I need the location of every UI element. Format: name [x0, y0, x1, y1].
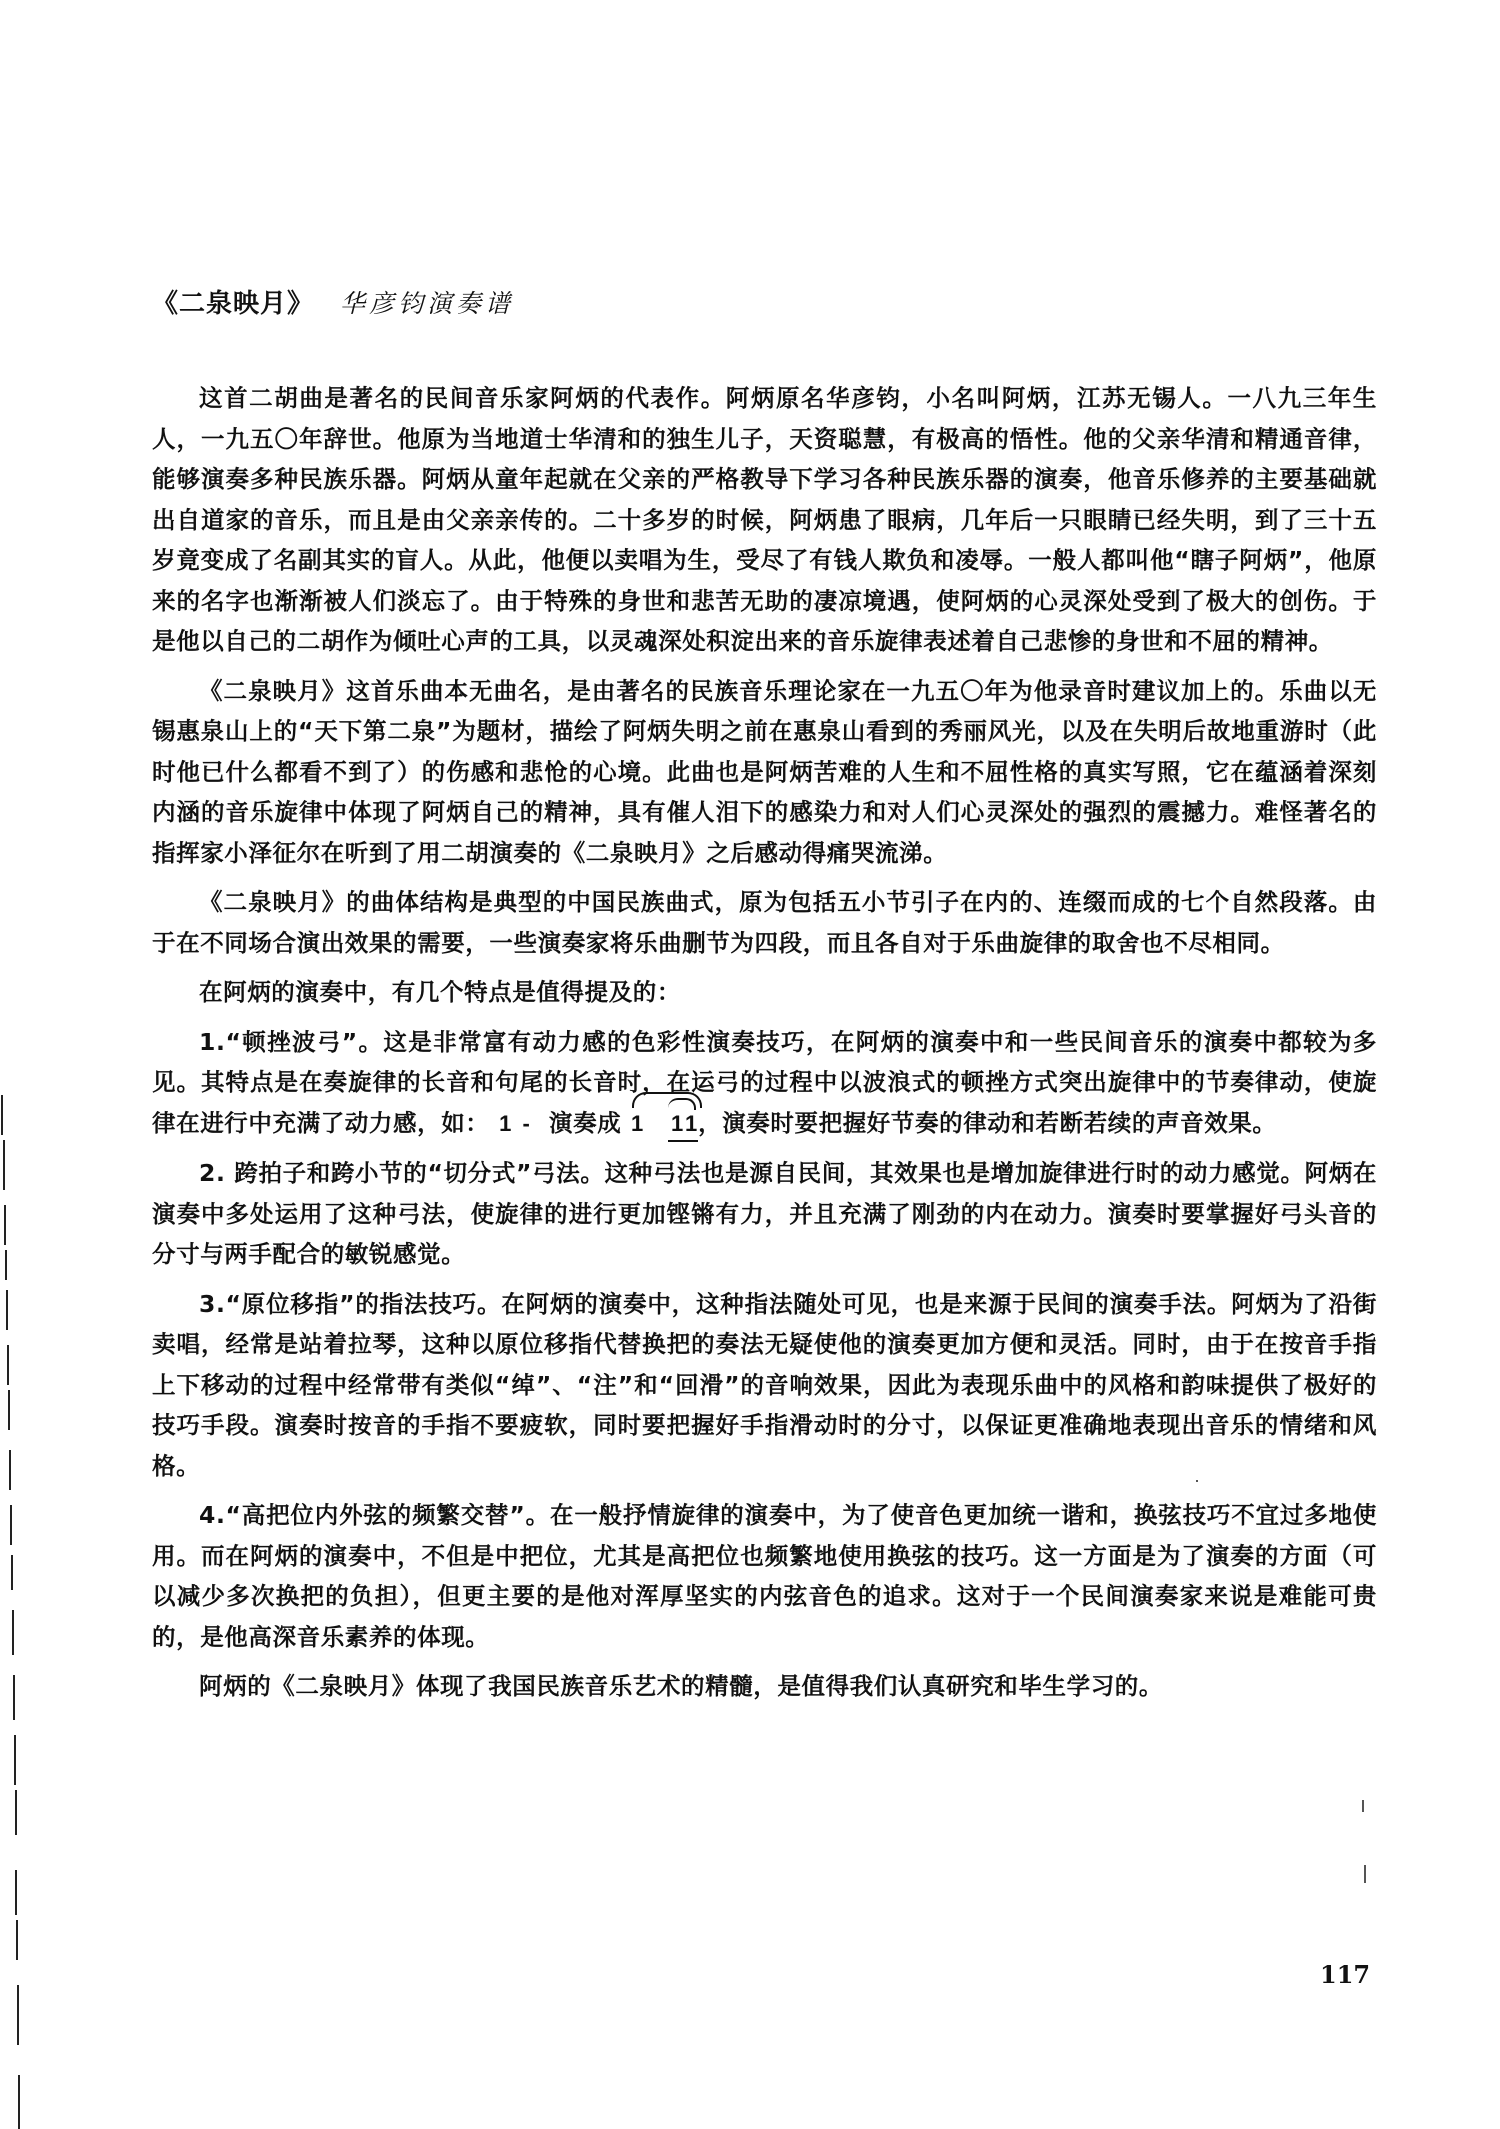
scan-edge-mark	[6, 1290, 8, 1330]
technique-1-text-after: ，演奏时要把握好节奏的律动和若断若续的声音效果。	[698, 1109, 1276, 1137]
page-title: 《二泉映月》华彦钧演奏谱	[152, 283, 514, 320]
scan-edge-mark	[12, 1610, 14, 1655]
scan-edge-mark	[4, 1205, 6, 1245]
paragraph-intro: 这首二胡曲是著名的民间音乐家阿炳的代表作。阿炳原名华彦钧，小名叫阿炳，江苏无锡人…	[152, 378, 1377, 662]
technique-item-2: 2. 跨拍子和跨小节的“切分式”弓法。这种弓法也是源自民间，其效果也是增加旋律进…	[152, 1153, 1377, 1275]
notation-note: 1	[630, 1104, 644, 1145]
page-number: 117	[1320, 1960, 1370, 1989]
article-body: 这首二胡曲是著名的民间音乐家阿炳的代表作。阿炳原名华彦钧，小名叫阿炳，江苏无锡人…	[152, 378, 1377, 1716]
notation-original: 1-	[498, 1104, 540, 1145]
paragraph-conclusion: 阿炳的《二泉映月》体现了我国民族音乐艺术的精髓，是值得我们认真研究和毕生学习的。	[152, 1666, 1377, 1707]
scan-edge-mark	[9, 1450, 11, 1490]
technique-1-text-middle: 演奏成	[549, 1109, 621, 1137]
scan-edge-mark	[7, 1345, 9, 1385]
scan-edge-mark	[16, 1920, 18, 1960]
scan-speck	[1196, 1480, 1198, 1482]
scan-edge-mark	[15, 1870, 17, 1915]
scan-edge-mark	[11, 1555, 13, 1590]
scan-edge-mark	[13, 1675, 15, 1720]
notation-note: 1	[684, 1104, 698, 1145]
paragraph-features-lead: 在阿炳的演奏中，有几个特点是值得提及的：	[152, 972, 1377, 1013]
scan-edge-mark	[14, 1735, 16, 1785]
notation-note: 1	[670, 1104, 684, 1145]
scan-edge-mark	[8, 1390, 10, 1430]
scan-edge-mark	[5, 1250, 7, 1280]
notation-dash: -	[512, 1104, 540, 1145]
scan-edge-mark	[10, 1505, 12, 1545]
paragraph-title-origin: 《二泉映月》这首乐曲本无曲名，是由著名的民族音乐理论家在一九五〇年为他录音时建议…	[152, 671, 1377, 874]
paragraph-structure: 《二泉映月》的曲体结构是典型的中国民族曲式，原为包括五小节引子在内的、连缀而成的…	[152, 882, 1377, 963]
technique-item-4: 4.“高把位内外弦的频繁交替”。在一般抒情旋律的演奏中，为了使音色更加统一谐和，…	[152, 1495, 1377, 1657]
scan-edge-mark	[18, 2075, 20, 2129]
rhythm-underline	[668, 1140, 698, 1142]
title-subtitle: 华彦钧演奏谱	[340, 289, 514, 318]
title-main: 《二泉映月》	[152, 289, 314, 319]
technique-item-3: 3.“原位移指”的指法技巧。在阿炳的演奏中，这种指法随处可见，也是来源于民间的演…	[152, 1284, 1377, 1487]
scan-edge-mark	[1, 1095, 3, 1135]
scan-edge-mark	[3, 1160, 5, 1190]
notation-note: 1	[498, 1104, 512, 1145]
scan-speck	[1364, 1865, 1366, 1883]
slur-hook-mark	[668, 1098, 696, 1110]
scan-speck	[1362, 1800, 1364, 1812]
notation-played: 111	[630, 1104, 698, 1145]
scan-edge-mark	[17, 1985, 19, 2045]
scan-edge-mark	[15, 1790, 17, 1835]
technique-item-1: 1.“顿挫波弓”。这是非常富有动力感的色彩性演奏技巧，在阿炳的演奏中和一些民间音…	[152, 1022, 1377, 1145]
scan-speck	[1368, 1388, 1370, 1390]
